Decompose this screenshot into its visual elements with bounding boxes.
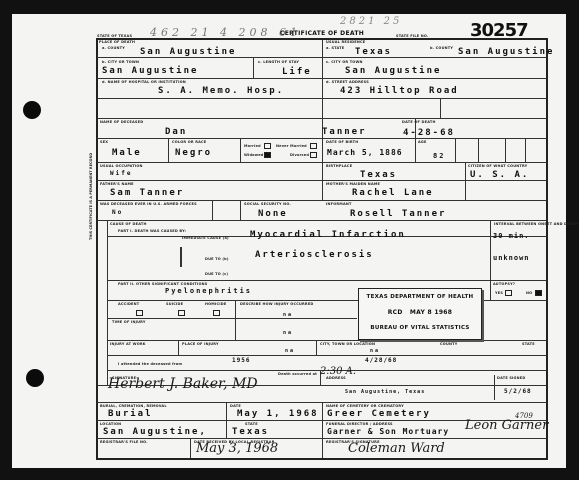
location-city: San Augustine, xyxy=(103,427,207,437)
divider xyxy=(490,220,491,300)
divider xyxy=(97,162,547,163)
physician-signature: Herbert J. Baker, MD xyxy=(108,376,258,392)
age: 82 xyxy=(433,152,445,160)
injury-description-label: DESCRIBE HOW INJURY OCCURRED xyxy=(240,302,314,306)
residence-street: 423 Hilltop Road xyxy=(340,86,459,96)
date-of-death-label: DATE OF DEATH xyxy=(402,120,436,124)
race: Negro xyxy=(175,148,212,158)
divider xyxy=(316,340,317,355)
document-title: CERTIFICATE OF DEATH xyxy=(280,30,364,37)
hospital-name: S. A. Memo. Hosp. xyxy=(158,86,284,96)
deceased-last-name: Tanner xyxy=(322,127,367,137)
divider xyxy=(525,138,526,162)
death-time-label: Death occurred at xyxy=(278,372,317,376)
interval-label: INTERVAL BETWEEN ONSET AND DEATH xyxy=(494,222,578,226)
marital-widowed-checkbox-checked[interactable] xyxy=(264,152,271,158)
injury-place: na xyxy=(283,330,293,336)
received-stamp: TEXAS DEPARTMENT OF HEALTH RCD MAY 8 196… xyxy=(358,288,482,340)
divider xyxy=(168,138,169,162)
autopsy-no: NO xyxy=(526,291,532,295)
divider xyxy=(240,200,241,220)
place-of-injury-label: PLACE OF INJURY xyxy=(182,342,219,346)
divider xyxy=(465,162,466,200)
autopsy-no-checkbox-checked[interactable] xyxy=(535,290,542,296)
divider xyxy=(322,402,323,458)
registrar-signature: Coleman Ward xyxy=(348,441,445,456)
injury-state-label: STATE xyxy=(522,342,535,346)
divider xyxy=(97,180,547,181)
divider xyxy=(253,58,254,78)
mother-name: Rachel Lane xyxy=(352,188,434,198)
father-name: Sam Tanner xyxy=(110,188,184,198)
due-to-c-label: DUE TO (c) xyxy=(205,272,228,276)
location-state: Texas xyxy=(232,427,269,437)
attended-from: 1956 xyxy=(232,357,250,364)
marital-married-checkbox[interactable] xyxy=(264,143,271,149)
stamp-date: MAY 8 1968 xyxy=(410,309,452,316)
divider xyxy=(97,118,547,119)
divider xyxy=(97,220,547,221)
suicide-label: SUICIDE xyxy=(166,302,183,306)
marital-widowed-option: Widowed xyxy=(244,153,263,157)
time-of-injury-label: TIME OF INJURY xyxy=(112,320,146,324)
occupation: Wife xyxy=(110,170,132,177)
marital-never-married-option: Never Married xyxy=(276,144,307,148)
sex: Male xyxy=(112,148,142,158)
armed-forces-label: WAS DECEASED EVER IN U.S. ARMED FORCES xyxy=(100,202,197,206)
part2-label: PART II. OTHER SIGNIFICANT CONDITIONS xyxy=(118,282,207,286)
injury-city-label: CITY, TOWN OR LOCATION xyxy=(320,342,375,346)
divider xyxy=(212,200,213,220)
funeral-director-license: 4709 xyxy=(515,412,533,420)
cemetery-label: NAME OF CEMETERY OR CREMATORY xyxy=(326,404,404,408)
marital-divorced-checkbox[interactable] xyxy=(310,152,317,158)
marital-never-married-checkbox[interactable] xyxy=(310,143,317,149)
immediate-cause: Myocardial Infarction xyxy=(250,230,406,240)
divider xyxy=(97,57,547,58)
birthplace-label: BIRTHPLACE xyxy=(326,164,352,168)
residence-city-label: c. CITY OR TOWN xyxy=(326,60,363,64)
other-conditions: Pyelonephritis xyxy=(165,287,252,295)
birth-date-label: DATE OF BIRTH xyxy=(326,140,358,144)
divider xyxy=(107,280,547,281)
city-label: b. CITY OR TOWN xyxy=(102,60,139,64)
due-to-b-interval: unknown xyxy=(493,254,530,262)
divider xyxy=(190,438,191,458)
divider xyxy=(97,138,547,139)
stamp-bureau: BUREAU OF VITAL STATISTICS xyxy=(359,325,481,331)
burial-label: BURIAL, CREMATION, REMOVAL xyxy=(100,404,167,408)
physician-address-label: ADDRESS xyxy=(326,376,346,380)
informant-name: Rosell Tanner xyxy=(350,209,446,219)
residence-state: Texas xyxy=(355,47,392,57)
date-signed: 5/2/68 xyxy=(504,388,532,395)
physician-address: San Augustine, Texas xyxy=(345,389,425,395)
divider xyxy=(455,138,456,162)
autopsy-yes-checkbox[interactable] xyxy=(505,290,512,296)
armed-forces: No xyxy=(112,209,123,216)
cemetery: Greer Cemetery xyxy=(327,409,431,419)
date-signed-label: DATE SIGNED xyxy=(497,376,525,380)
occupation-label: USUAL OCCUPATION xyxy=(100,164,143,168)
homicide-label: HOMICIDE xyxy=(205,302,226,306)
age-label: AGE xyxy=(418,140,427,144)
marital-divorced-option: Divorced xyxy=(290,153,309,157)
date-received: May 3, 1968 xyxy=(196,441,278,456)
immediate-interval: 30 min. xyxy=(493,232,530,240)
death-county: San Augustine xyxy=(140,47,236,57)
immediate-cause-label: IMMEDIATE CAUSE (a) xyxy=(182,236,229,240)
location-state-label: STATE xyxy=(245,422,258,426)
divider xyxy=(178,340,179,355)
attended-from-label: I attended the deceased from xyxy=(118,362,182,366)
divider xyxy=(107,318,357,319)
divider xyxy=(494,375,495,400)
due-to-b-label: DUE TO (b) xyxy=(205,257,229,261)
ssn: None xyxy=(258,209,288,219)
attended-to: 4/28/68 xyxy=(365,357,397,364)
location-label: LOCATION xyxy=(100,422,121,426)
cause-of-death-label: CAUSE OF DEATH xyxy=(110,222,147,226)
handwritten-reference: 2821 25 xyxy=(340,16,402,27)
divider xyxy=(415,118,416,162)
hospital-label: d. NAME OF HOSPITAL OR INSTITUTION xyxy=(102,80,186,84)
divider xyxy=(107,355,547,356)
funeral-home: Garner & Son Mortuary xyxy=(327,427,449,436)
funeral-director-signature: Leon Garner xyxy=(465,418,548,433)
bracket xyxy=(180,247,182,267)
residence-city: San Augustine xyxy=(345,66,441,76)
date-of-death: 4-28-68 xyxy=(403,128,455,138)
residence-state-label: a. STATE xyxy=(326,46,344,50)
mother-label: MOTHER'S MAIDEN NAME xyxy=(326,182,380,186)
residence-county: San Augustine xyxy=(458,47,554,57)
divider xyxy=(107,220,108,385)
divider xyxy=(440,98,441,118)
father-label: FATHER'S NAME xyxy=(100,182,134,186)
injury-city: na xyxy=(370,348,380,354)
part1-label: PART I. DEATH WAS CAUSED BY: xyxy=(118,229,186,233)
accident-checkbox[interactable] xyxy=(136,310,143,316)
stamp-date-line: RCD MAY 8 1968 xyxy=(359,309,481,316)
ssn-label: SOCIAL SECURITY NO. xyxy=(244,202,291,206)
accident-label: ACCIDENT xyxy=(118,302,139,306)
suicide-checkbox[interactable] xyxy=(178,310,185,316)
usual-residence-label: USUAL RESIDENCE xyxy=(326,40,365,44)
homicide-checkbox[interactable] xyxy=(213,310,220,316)
divider xyxy=(478,138,479,162)
injury-description: na xyxy=(283,312,293,318)
burial: Burial xyxy=(108,409,153,419)
due-to-b-cause: Arteriosclerosis xyxy=(255,250,374,260)
sex-label: SEX xyxy=(100,140,108,144)
divider xyxy=(226,402,227,438)
residence-county-label: b. COUNTY xyxy=(430,46,453,50)
autopsy-label: AUTOPSY? xyxy=(493,282,515,286)
race-label: COLOR OR RACE xyxy=(172,140,206,144)
divider xyxy=(97,78,547,79)
burial-date: May 1, 1968 xyxy=(237,409,319,419)
divider xyxy=(505,138,506,162)
birth-date: March 5, 1886 xyxy=(327,148,403,157)
length-of-stay-label: c. LENGTH OF STAY xyxy=(258,60,299,64)
county-label: a. COUNTY xyxy=(102,46,125,50)
informant-label: INFORMANT xyxy=(326,202,352,206)
injury-at-work-label: INJURY AT WORK xyxy=(110,342,146,346)
marital-married-option: Married xyxy=(244,144,261,148)
divider xyxy=(97,200,547,201)
birthplace: Texas xyxy=(360,170,397,180)
funeral-home-label: FUNERAL DIRECTOR / ADDRESS xyxy=(326,422,393,426)
divider xyxy=(322,40,323,200)
burial-date-label: DATE xyxy=(230,404,241,408)
citizenship: U. S. A. xyxy=(470,170,529,180)
punch-hole-top xyxy=(23,101,41,119)
registrar-file-label: REGISTRAR'S FILE NO. xyxy=(100,440,148,444)
punch-hole-bottom xyxy=(26,369,44,387)
side-margin-text: THIS CERTIFICATE IS A PERMANENT RECORD xyxy=(89,153,93,240)
length-of-stay: Life xyxy=(282,67,312,77)
autopsy-yes: YES xyxy=(495,291,503,295)
divider xyxy=(107,340,547,341)
citizen-label: CITIZEN OF WHAT COUNTRY xyxy=(468,164,527,168)
place-of-injury: na xyxy=(285,348,295,354)
stamp-dept: TEXAS DEPARTMENT OF HEALTH xyxy=(359,294,481,300)
divider xyxy=(97,98,547,99)
injury-county-label: COUNTY xyxy=(440,342,457,346)
stamp-prefix: RCD xyxy=(388,309,403,316)
deceased-first-name: Dan xyxy=(165,127,187,137)
residence-street-label: d. STREET ADDRESS xyxy=(326,80,369,84)
divider xyxy=(240,138,241,162)
deceased-name-label: NAME OF DECEASED xyxy=(100,120,143,124)
death-city: San Augustine xyxy=(102,66,198,76)
place-of-death-label: PLACE OF DEATH xyxy=(99,40,135,44)
divider xyxy=(235,300,236,340)
